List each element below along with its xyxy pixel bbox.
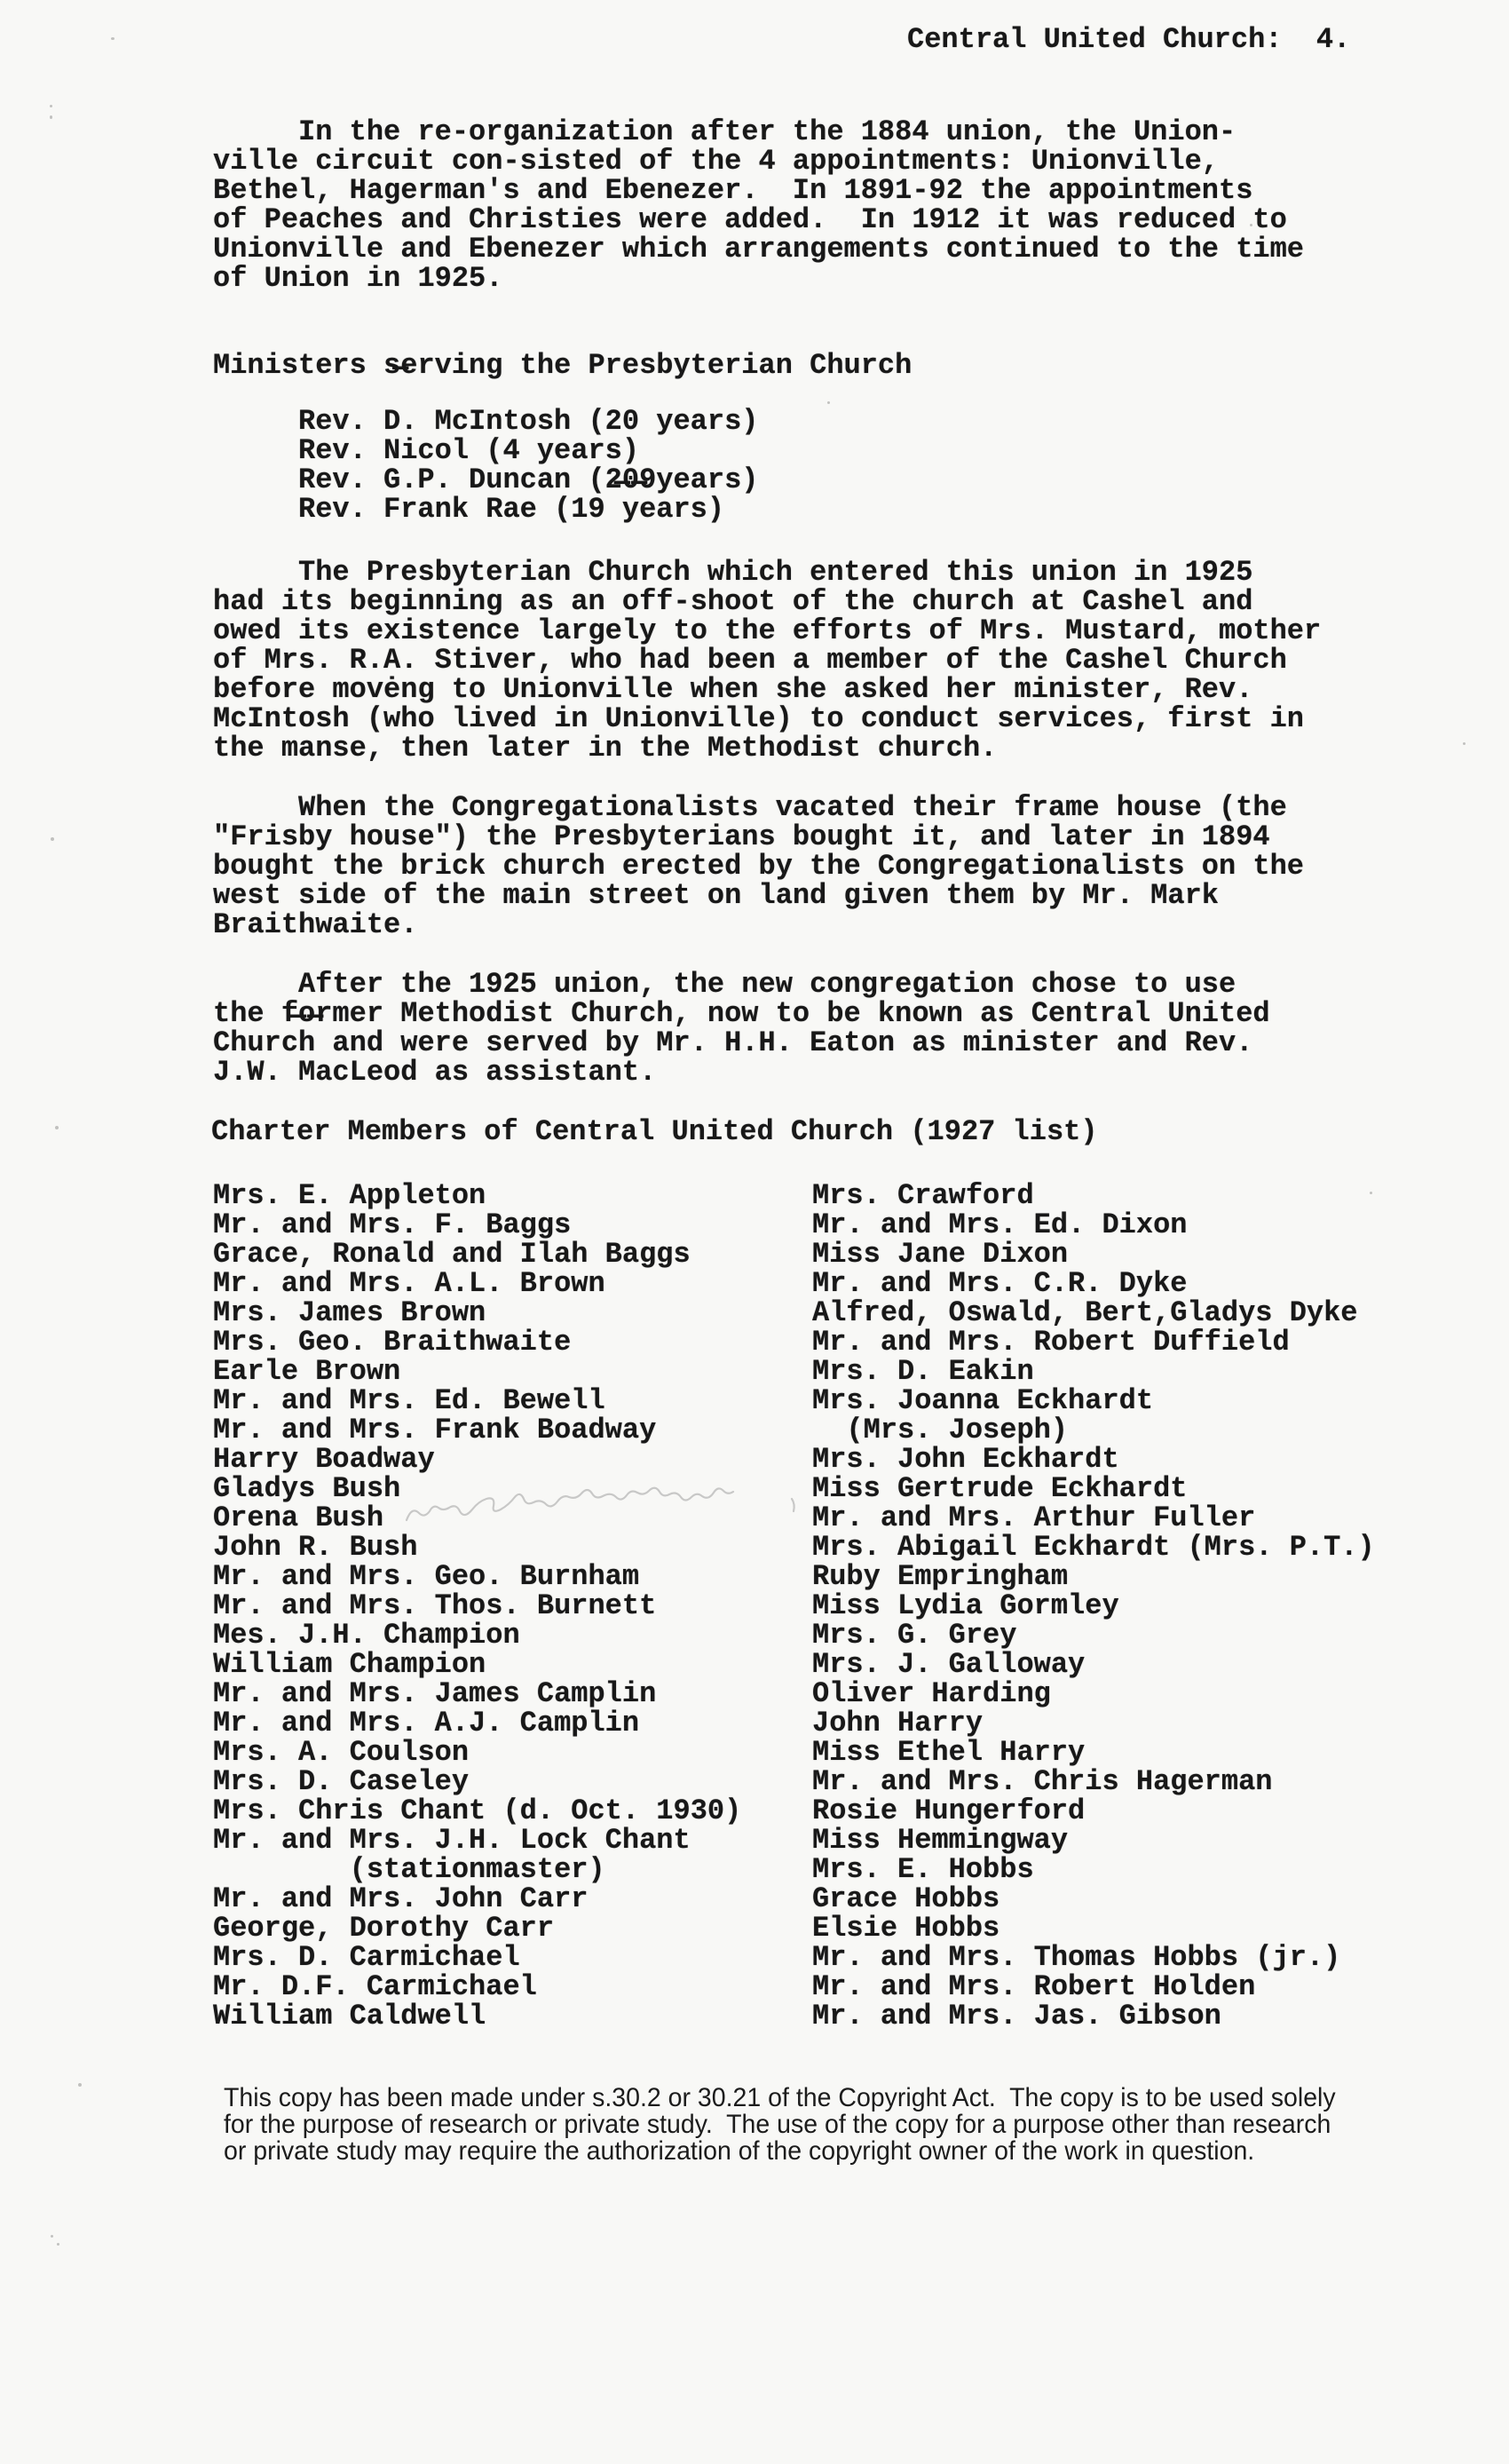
copyright-notice: This copy has been made under s.30.2 or …	[224, 2085, 1336, 2165]
scan-speck	[1250, 224, 1252, 226]
list-item: Mrs. A. Coulson	[213, 1738, 741, 1767]
charter-left-column: Mrs. E. AppletonMr. and Mrs. F. BaggsGra…	[213, 1181, 741, 2031]
list-item: John Harry	[812, 1708, 1375, 1738]
list-item: George, Dorothy Carr	[213, 1913, 741, 1943]
list-item: Miss Gertrude Eckhardt	[812, 1474, 1375, 1503]
list-item: Mrs. John Eckhardt	[812, 1445, 1375, 1474]
list-item: Mrs. J. Galloway	[812, 1650, 1375, 1679]
list-item: Mr. and Mrs. Thomas Hobbs (jr.)	[812, 1943, 1375, 1972]
list-item: Mrs. G. Grey	[812, 1620, 1375, 1650]
scan-speck	[55, 1126, 59, 1129]
list-item: (Mrs. Joseph)	[812, 1415, 1375, 1445]
list-item: William Champion	[213, 1650, 741, 1679]
list-item: Harry Boadway	[213, 1445, 741, 1474]
list-item: Mrs. D. Caseley	[213, 1767, 741, 1796]
list-item: Alfred, Oswald, Bert,Gladys Dyke	[812, 1298, 1375, 1327]
list-item: Mr. and Mrs. C.R. Dyke	[812, 1269, 1375, 1298]
list-item: Mrs. D. Eakin	[812, 1357, 1375, 1386]
paragraph-intro: In the re-organization after the 1884 un…	[213, 117, 1304, 293]
list-item: Mrs. James Brown	[213, 1298, 741, 1327]
list-item: Mr. and Mrs. Thos. Burnett	[213, 1591, 741, 1620]
scan-speck	[827, 401, 830, 404]
list-item: Mr. and Mrs. Jas. Gibson	[812, 2001, 1375, 2031]
scan-speck	[51, 2235, 53, 2238]
handwritten-annotation	[401, 1486, 818, 1533]
scan-speck	[50, 105, 52, 107]
list-item: Mr. D.F. Carmichael	[213, 1972, 741, 2001]
list-item: Mes. J.H. Champion	[213, 1620, 741, 1650]
list-item: Mrs. E. Hobbs	[812, 1855, 1375, 1884]
list-item: Mrs. Abigail Eckhardt (Mrs. P.T.)	[812, 1533, 1375, 1562]
list-item: Miss Hemmingway	[812, 1826, 1375, 1855]
scan-speck	[1370, 1192, 1372, 1194]
scan-speck	[57, 2243, 59, 2246]
list-item: Miss Ethel Harry	[812, 1738, 1375, 1767]
paragraph-presbyterian: The Presbyterian Church which entered th…	[213, 558, 1321, 763]
list-item: Mrs. Joanna Eckhardt	[812, 1386, 1375, 1415]
list-item: Elsie Hobbs	[812, 1913, 1375, 1943]
charter-right-column: Mrs. CrawfordMr. and Mrs. Ed. DixonMiss …	[812, 1181, 1375, 2031]
list-item: (stationmaster)	[213, 1855, 741, 1884]
page-header: Central United Church: 4.	[907, 25, 1350, 54]
list-item: Mr. and Mrs. F. Baggs	[213, 1210, 741, 1240]
list-item: Mr. and Mrs. James Camplin	[213, 1679, 741, 1708]
ministers-list: Rev. D. McIntosh (20 years) Rev. Nicol (…	[298, 407, 758, 524]
list-item: Mrs. Crawford	[812, 1181, 1375, 1210]
list-item: Mr. and Mrs. A.L. Brown	[213, 1269, 741, 1298]
list-item: Miss Lydia Gormley	[812, 1591, 1375, 1620]
list-item: Oliver Harding	[812, 1679, 1375, 1708]
list-item: Mr. and Mrs. J.H. Lock Chant	[213, 1826, 741, 1855]
list-item: Mrs. Geo. Braithwaite	[213, 1327, 741, 1357]
list-item: Grace Hobbs	[812, 1884, 1375, 1913]
scan-speck	[111, 37, 115, 40]
list-item: Grace, Ronald and Ilah Baggs	[213, 1240, 741, 1269]
list-item: Ruby Empringham	[812, 1562, 1375, 1591]
charter-heading: Charter Members of Central United Church…	[211, 1117, 1098, 1146]
list-item: Mrs. Chris Chant (d. Oct. 1930)	[213, 1796, 741, 1826]
list-item: Mr. and Mrs. Chris Hagerman	[812, 1767, 1375, 1796]
list-item: John R. Bush	[213, 1533, 741, 1562]
list-item: Earle Brown	[213, 1357, 741, 1386]
paragraph-congregationalists: When the Congregationalists vacated thei…	[213, 793, 1304, 939]
paragraph-after-union: After the 1925 union, the new congregati…	[213, 970, 1270, 1087]
list-item: Rosie Hungerford	[812, 1796, 1375, 1826]
list-item: Miss Jane Dixon	[812, 1240, 1375, 1269]
list-item: William Caldwell	[213, 2001, 741, 2031]
scan-speck	[593, 219, 596, 223]
list-item: Mr. and Mrs. Robert Holden	[812, 1972, 1375, 2001]
list-item: Mrs. E. Appleton	[213, 1181, 741, 1210]
scan-speck	[51, 837, 54, 841]
list-item: Mr. and Mrs. John Carr	[213, 1884, 741, 1913]
list-item: Mr. and Mrs. Frank Boadway	[213, 1415, 741, 1445]
list-item: Mr. and Mrs. Robert Duffield	[812, 1327, 1375, 1357]
scan-speck	[1463, 742, 1466, 745]
list-item: Mr. and Mrs. Geo. Burnham	[213, 1562, 741, 1591]
list-item: Mr. and Mrs. Arthur Fuller	[812, 1503, 1375, 1533]
scan-speck	[78, 2083, 82, 2087]
list-item: Mr. and Mrs. Ed. Bewell	[213, 1386, 741, 1415]
document-page: Central United Church: 4. In the re-orga…	[0, 0, 1509, 2464]
list-item: Mrs. D. Carmichael	[213, 1943, 741, 1972]
list-item: Mr. and Mrs. A.J. Camplin	[213, 1708, 741, 1738]
ministers-heading: Ministers s̶erving the Presbyterian Chur…	[213, 351, 912, 380]
scan-speck	[50, 115, 52, 119]
list-item: Mr. and Mrs. Ed. Dixon	[812, 1210, 1375, 1240]
